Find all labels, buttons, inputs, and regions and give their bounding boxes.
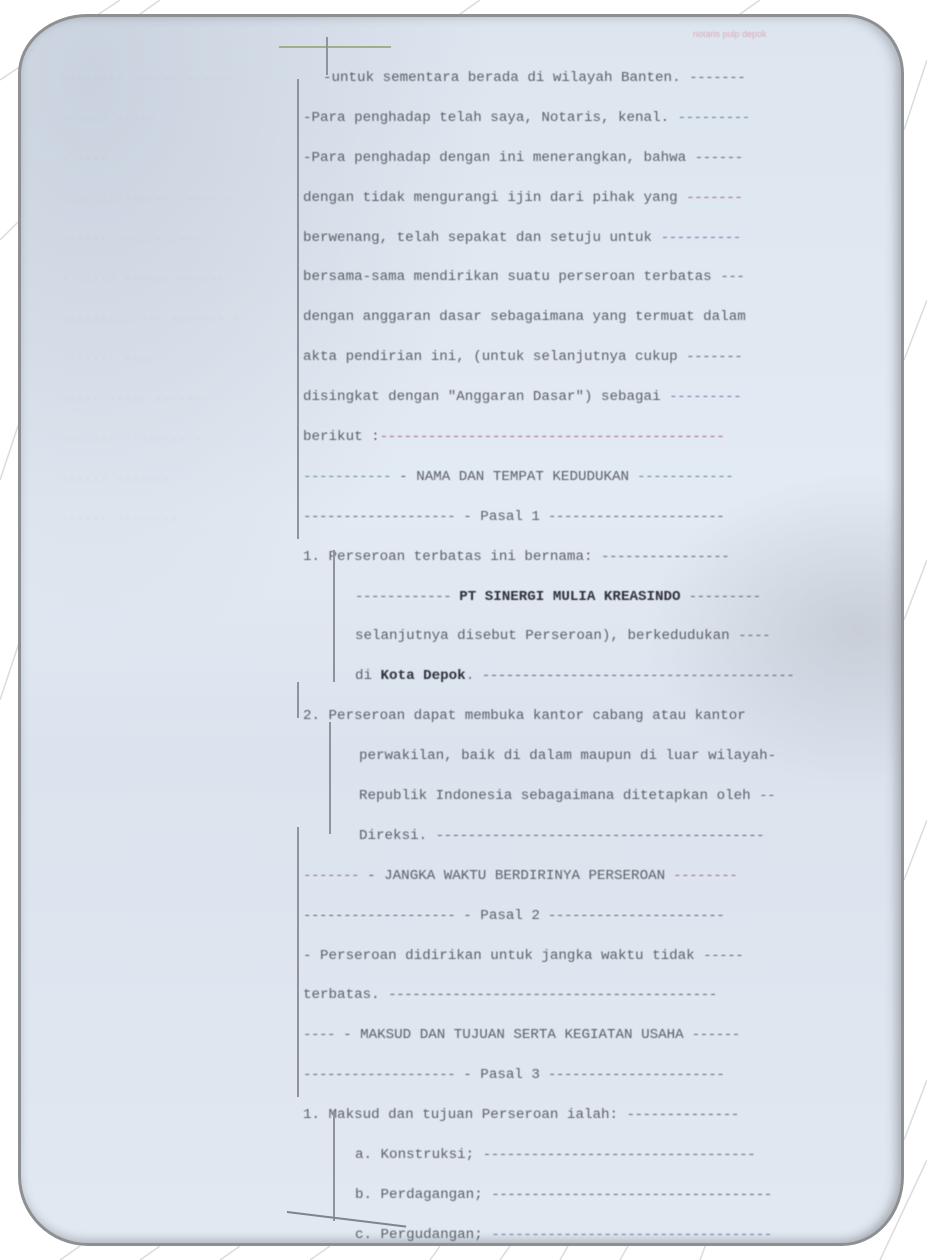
deed-line: a. Konstruksi; -------------------------… bbox=[303, 1136, 893, 1176]
deed-line: dengan tidak mengurangi ijin dari pihak … bbox=[303, 179, 893, 219]
line-text: perwakilan, baik di dalam maupun di luar… bbox=[359, 748, 776, 764]
dash-filler: ----------------------------------- bbox=[491, 1187, 772, 1203]
company-name: PT SINERGI MULIA KREASINDO bbox=[459, 589, 680, 605]
line-text: Direksi. bbox=[359, 828, 436, 844]
margin-bracket bbox=[333, 550, 335, 682]
deed-line: ------------------- - Pasal 1 ----------… bbox=[303, 498, 893, 538]
line-text: 2. Perseroan dapat membuka kantor cabang… bbox=[303, 708, 746, 724]
section-heading: - MAKSUD DAN TUJUAN SERTA KEGIATAN USAHA bbox=[343, 1027, 684, 1043]
deed-line: Direksi. -------------------------------… bbox=[303, 817, 893, 857]
bleed-through-text: ........ ...... ...... ...... ..... . ..… bbox=[61, 57, 301, 537]
deed-line: Republik Indonesia sebagaimana ditetapka… bbox=[303, 777, 893, 817]
dash-filler: ------ bbox=[684, 1027, 740, 1043]
ghost-line: ... ... ........ . bbox=[61, 417, 301, 457]
deed-line: dengan anggaran dasar sebagaimana yang t… bbox=[303, 298, 893, 338]
ghost-line: ....... ..... ....... . bbox=[61, 297, 301, 337]
dash-filler: ---- bbox=[303, 1027, 343, 1043]
section-heading: - JANGKA WAKTU BERDIRINYA PERSEROAN bbox=[367, 868, 665, 884]
ghost-line: ...... ..... bbox=[61, 97, 301, 137]
margin-bracket bbox=[297, 827, 299, 1097]
ghost-line: ..... ..... ....... bbox=[61, 377, 301, 417]
section-heading: - NAMA DAN TEMPAT KEDUDUKAN bbox=[399, 469, 629, 485]
deed-line: 2. Perseroan dapat membuka kantor cabang… bbox=[303, 697, 893, 737]
dash-filler: -------- bbox=[665, 868, 737, 884]
section-heading: - Pasal 2 bbox=[463, 908, 540, 924]
dash-filler: ---------------------------------- bbox=[483, 1147, 755, 1163]
dash-filler: ---------------- bbox=[601, 549, 729, 565]
line-text: -untuk sementara berada di wilayah Bante… bbox=[323, 70, 689, 86]
dash-filler: ------------------- bbox=[303, 908, 463, 924]
registration-mark-vertical bbox=[326, 37, 328, 75]
margin-bracket bbox=[329, 722, 331, 834]
ghost-line: ...... ........ bbox=[61, 497, 301, 537]
dash-filler: -------------- bbox=[627, 1107, 739, 1123]
deed-line: ------------------- - Pasal 3 ----------… bbox=[303, 1056, 893, 1096]
line-text: 1. Perseroan terbatas ini bernama: bbox=[303, 549, 601, 565]
ghost-line: ........ ...... ...... bbox=[61, 57, 301, 97]
deed-line: -untuk sementara berada di wilayah Bante… bbox=[303, 59, 893, 99]
deed-line: c. Pergudangan; ------------------------… bbox=[303, 1216, 893, 1246]
deed-line: ------------ PT SINERGI MULIA KREASINDO … bbox=[303, 578, 893, 618]
scanned-document-page: notaris pulp depok ........ ...... .....… bbox=[18, 14, 904, 1246]
deed-line: ---- - MAKSUD DAN TUJUAN SERTA KEGIATAN … bbox=[303, 1016, 893, 1056]
ghost-line: ...... ...... .... bbox=[61, 217, 301, 257]
dash-filler: ----------------------------------- bbox=[491, 1227, 772, 1243]
line-text: selanjutnya disebut Perseroan), berkedud… bbox=[355, 628, 738, 644]
line-text: c. Pergudangan; bbox=[355, 1227, 491, 1243]
dash-filler: ----------------------------------------… bbox=[380, 429, 725, 445]
deed-line: ------- - JANGKA WAKTU BERDIRINYA PERSER… bbox=[303, 857, 893, 897]
notary-stamp: notaris pulp depok bbox=[693, 29, 767, 39]
deed-line: 1. Perseroan terbatas ini bernama: -----… bbox=[303, 538, 893, 578]
dash-filler: ----------------------------------------… bbox=[436, 828, 765, 844]
deed-line: bersama-sama mendirikan suatu perseroan … bbox=[303, 258, 893, 298]
deed-line: -Para penghadap dengan ini menerangkan, … bbox=[303, 139, 893, 179]
ghost-line: . .... bbox=[61, 137, 301, 177]
dash-filler: -- bbox=[759, 788, 775, 804]
deed-line: berikut :-------------------------------… bbox=[303, 418, 893, 458]
line-text: terbatas. bbox=[303, 987, 388, 1003]
dash-filler: ----- bbox=[703, 948, 743, 964]
deed-line: berwenang, telah sepakat dan setuju untu… bbox=[303, 219, 893, 259]
line-text: a. Konstruksi; bbox=[355, 1147, 483, 1163]
ghost-line: ....... .... bbox=[61, 337, 301, 377]
deed-text-body: -untuk sementara berada di wilayah Bante… bbox=[303, 59, 893, 1246]
domicile-city: Kota Depok bbox=[381, 668, 466, 684]
line-text: 1. Maksud dan tujuan Perseroan ialah: bbox=[303, 1107, 627, 1123]
dash-filler: --------- bbox=[678, 110, 750, 126]
deed-line: -Para penghadap telah saya, Notaris, ken… bbox=[303, 99, 893, 139]
dash-filler: ------- bbox=[689, 70, 745, 86]
deed-line: terbatas. ------------------------------… bbox=[303, 976, 893, 1016]
dash-filler: ---------------------- bbox=[540, 1067, 724, 1083]
ghost-line: . ..... ...... ...... bbox=[61, 257, 301, 297]
line-text: Republik Indonesia sebagaimana ditetapka… bbox=[359, 788, 759, 804]
ghost-line: .... ......... ..... . bbox=[61, 177, 301, 217]
dash-filler: ------------ bbox=[629, 469, 733, 485]
deed-line: - Perseroan didirikan untuk jangka waktu… bbox=[303, 937, 893, 977]
ghost-line: ...... ....... bbox=[61, 457, 301, 497]
deed-line: b. Perdagangan; ------------------------… bbox=[303, 1176, 893, 1216]
deed-line: akta pendirian ini, (untuk selanjutnya c… bbox=[303, 338, 893, 378]
line-text: -Para penghadap telah saya, Notaris, ken… bbox=[303, 110, 678, 126]
section-heading: - Pasal 1 bbox=[463, 509, 540, 525]
dash-filler: ------ bbox=[695, 150, 743, 166]
line-text: - Perseroan didirikan untuk jangka waktu… bbox=[303, 948, 703, 964]
dash-filler: ------------------- bbox=[303, 509, 463, 525]
dash-filler: ----------------------------------------… bbox=[388, 987, 717, 1003]
line-text: b. Perdagangan; bbox=[355, 1187, 491, 1203]
margin-bracket bbox=[333, 1111, 335, 1221]
dash-filler: ---------- bbox=[661, 230, 741, 246]
dash-filler: ------------------- bbox=[303, 1067, 463, 1083]
dash-filler: . --------------------------------------… bbox=[466, 668, 795, 684]
line-text: berikut : bbox=[303, 429, 380, 445]
dash-filler: ---------------------- bbox=[540, 509, 724, 525]
dash-filler: ---------------------- bbox=[540, 908, 724, 924]
deed-line: perwakilan, baik di dalam maupun di luar… bbox=[303, 737, 893, 777]
registration-mark-horizontal bbox=[279, 46, 391, 48]
dash-filler: ------- bbox=[686, 190, 742, 206]
dash-filler: ----------- bbox=[303, 469, 399, 485]
dash-filler: ------- bbox=[303, 868, 367, 884]
dash-filler: --------- bbox=[669, 389, 741, 405]
deed-line: 1. Maksud dan tujuan Perseroan ialah: --… bbox=[303, 1096, 893, 1136]
deed-line: ----------- - NAMA DAN TEMPAT KEDUDUKAN … bbox=[303, 458, 893, 498]
margin-bracket bbox=[297, 79, 299, 539]
line-text: dengan anggaran dasar sebagaimana yang t… bbox=[303, 309, 746, 325]
section-heading: - Pasal 3 bbox=[463, 1067, 540, 1083]
line-text: akta pendirian ini, (untuk selanjutnya c… bbox=[303, 349, 686, 365]
dash-filler: --- bbox=[720, 269, 744, 285]
deed-line: selanjutnya disebut Perseroan), berkedud… bbox=[303, 617, 893, 657]
line-text: -Para penghadap dengan ini menerangkan, … bbox=[303, 150, 695, 166]
dash-filler: --------- bbox=[681, 589, 761, 605]
deed-line: di Kota Depok. -------------------------… bbox=[303, 657, 893, 697]
margin-bracket bbox=[297, 682, 299, 718]
dash-filler: ------------ bbox=[355, 589, 459, 605]
dash-filler: ---- bbox=[738, 628, 770, 644]
deed-line: disingkat dengan "Anggaran Dasar") sebag… bbox=[303, 378, 893, 418]
line-text: di bbox=[355, 668, 381, 684]
line-text: berwenang, telah sepakat dan setuju untu… bbox=[303, 230, 661, 246]
line-text: dengan tidak mengurangi ijin dari pihak … bbox=[303, 190, 686, 206]
deed-line: ------------------- - Pasal 2 ----------… bbox=[303, 897, 893, 937]
dash-filler: ------- bbox=[686, 349, 742, 365]
line-text: bersama-sama mendirikan suatu perseroan … bbox=[303, 269, 720, 285]
line-text: disingkat dengan "Anggaran Dasar") sebag… bbox=[303, 389, 669, 405]
